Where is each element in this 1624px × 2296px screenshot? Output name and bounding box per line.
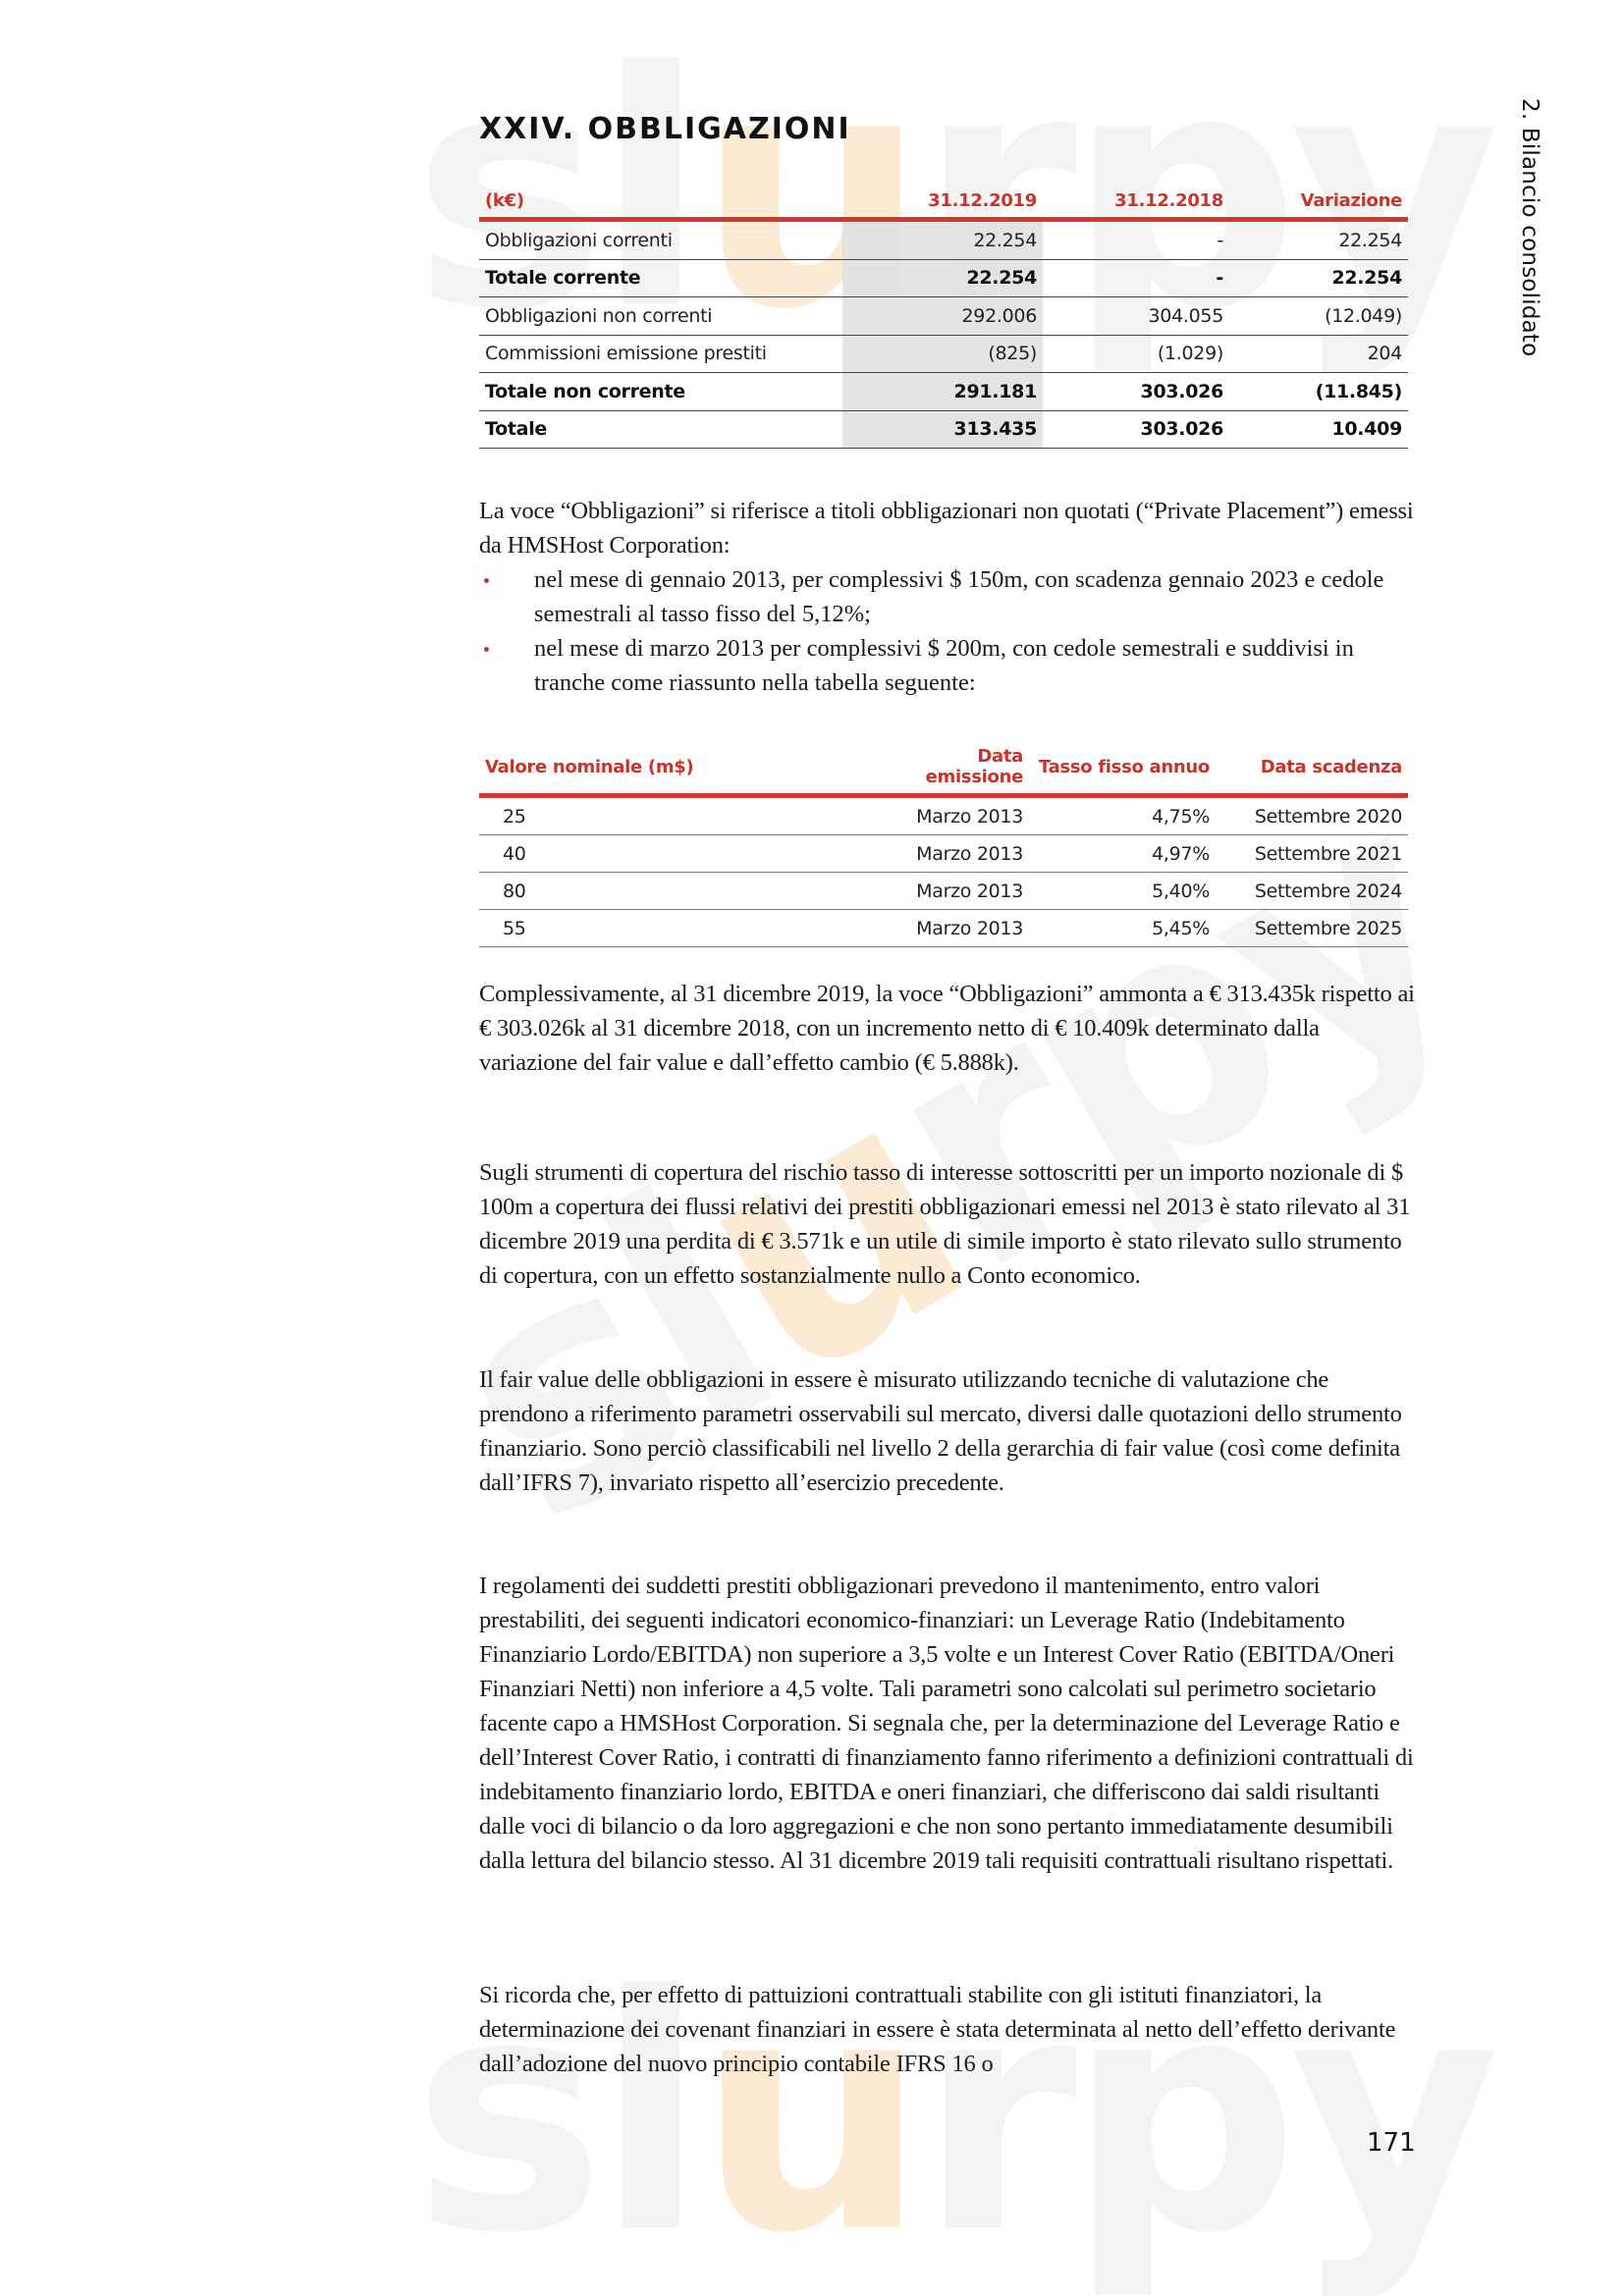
cell-value: 10.409 [1229,410,1408,449]
cell-value: 5,45% [1029,910,1216,947]
bond-issue-list: nel mese di gennaio 2013, per complessiv… [479,562,1417,700]
cell-value: 40 [479,835,872,873]
paragraph-text: Si ricorda che, per effetto di pattuizio… [479,1978,1417,2081]
list-item: nel mese di gennaio 2013, per complessiv… [479,562,1417,631]
cell-value: 80 [479,873,872,910]
cell-value: 22.254 [1229,220,1408,260]
body-paragraph: Si ricorda che, per effetto di pattuizio… [479,1978,1417,2081]
column-header: Data emissione [872,746,1029,796]
paragraph-text: Complessivamente, al 31 dicembre 2019, l… [479,977,1417,1080]
table-row: Commissioni emissione prestiti(825)(1.02… [479,335,1408,373]
section-title: XXIV. OBBLIGAZIONI [479,112,851,146]
paragraph-text: Sugli strumenti di copertura del rischio… [479,1155,1417,1293]
cell-value: - [1043,220,1229,260]
cell-value: Marzo 2013 [872,835,1029,873]
table-header-row: Valore nominale (m$) Data emissione Tass… [479,746,1408,796]
cell-value: Marzo 2013 [872,910,1029,947]
page-number: 171 [1367,2128,1416,2158]
row-label: Obbligazioni non correnti [479,297,842,336]
row-label: Totale corrente [479,259,842,297]
cell-value: 22.254 [842,259,1043,297]
column-header: 31.12.2018 [1043,190,1229,220]
row-label: Totale non corrente [479,373,842,411]
body-paragraph: Il fair value delle obbligazioni in esse… [479,1362,1417,1500]
tranche-table: Valore nominale (m$) Data emissione Tass… [479,746,1408,947]
cell-value: 313.435 [842,410,1043,449]
cell-value: 25 [479,796,872,835]
row-label: Totale [479,410,842,449]
row-label: Commissioni emissione prestiti [479,335,842,373]
cell-value: (1.029) [1043,335,1229,373]
cell-value: Settembre 2020 [1216,796,1408,835]
table-row: 55Marzo 20135,45%Settembre 2025 [479,910,1408,947]
row-label: Obbligazioni correnti [479,220,842,260]
bonds-balance-table: (k€) 31.12.2019 31.12.2018 Variazione Ob… [479,190,1408,449]
intro-block: La voce “Obbligazioni” si riferisce a ti… [479,494,1417,700]
list-item: nel mese di marzo 2013 per complessivi $… [479,631,1417,700]
cell-value: - [1043,259,1229,297]
cell-value: 4,97% [1029,835,1216,873]
cell-value: 22.254 [842,220,1043,260]
cell-value: 291.181 [842,373,1043,411]
cell-value: 304.055 [1043,297,1229,336]
table-row: 40Marzo 20134,97%Settembre 2021 [479,835,1408,873]
cell-value: Marzo 2013 [872,873,1029,910]
table-row: 25Marzo 20134,75%Settembre 2020 [479,796,1408,835]
cell-value: Marzo 2013 [872,796,1029,835]
table-row: Totale non corrente291.181303.026(11.845… [479,373,1408,411]
body-paragraph: I regolamenti dei suddetti prestiti obbl… [479,1569,1417,1878]
table-row: 80Marzo 20135,40%Settembre 2024 [479,873,1408,910]
table-row: Totale313.435303.02610.409 [479,410,1408,449]
column-header: 31.12.2019 [842,190,1043,220]
table-header-row: (k€) 31.12.2019 31.12.2018 Variazione [479,190,1408,220]
table-row: Obbligazioni correnti22.254-22.254 [479,220,1408,260]
column-header: (k€) [479,190,842,220]
body-paragraph: Sugli strumenti di copertura del rischio… [479,1155,1417,1293]
column-header: Valore nominale (m$) [479,746,872,796]
table-row: Obbligazioni non correnti292.006304.055(… [479,297,1408,336]
cell-value: Settembre 2025 [1216,910,1408,947]
cell-value: Settembre 2021 [1216,835,1408,873]
body-paragraph: Complessivamente, al 31 dicembre 2019, l… [479,977,1417,1080]
cell-value: 55 [479,910,872,947]
cell-value: (12.049) [1229,297,1408,336]
intro-paragraph: La voce “Obbligazioni” si riferisce a ti… [479,494,1417,562]
table-row: Totale corrente22.254-22.254 [479,259,1408,297]
cell-value: 303.026 [1043,410,1229,449]
paragraph-text: I regolamenti dei suddetti prestiti obbl… [479,1569,1417,1878]
chapter-side-tab: 2. Bilancio consolidato [1517,98,1543,356]
cell-value: (11.845) [1229,373,1408,411]
column-header: Variazione [1229,190,1408,220]
cell-value: 22.254 [1229,259,1408,297]
column-header: Data scadenza [1216,746,1408,796]
cell-value: 292.006 [842,297,1043,336]
column-header: Tasso fisso annuo [1029,746,1216,796]
cell-value: Settembre 2024 [1216,873,1408,910]
cell-value: 4,75% [1029,796,1216,835]
cell-value: 5,40% [1029,873,1216,910]
paragraph-text: Il fair value delle obbligazioni in esse… [479,1362,1417,1500]
cell-value: (825) [842,335,1043,373]
cell-value: 303.026 [1043,373,1229,411]
cell-value: 204 [1229,335,1408,373]
